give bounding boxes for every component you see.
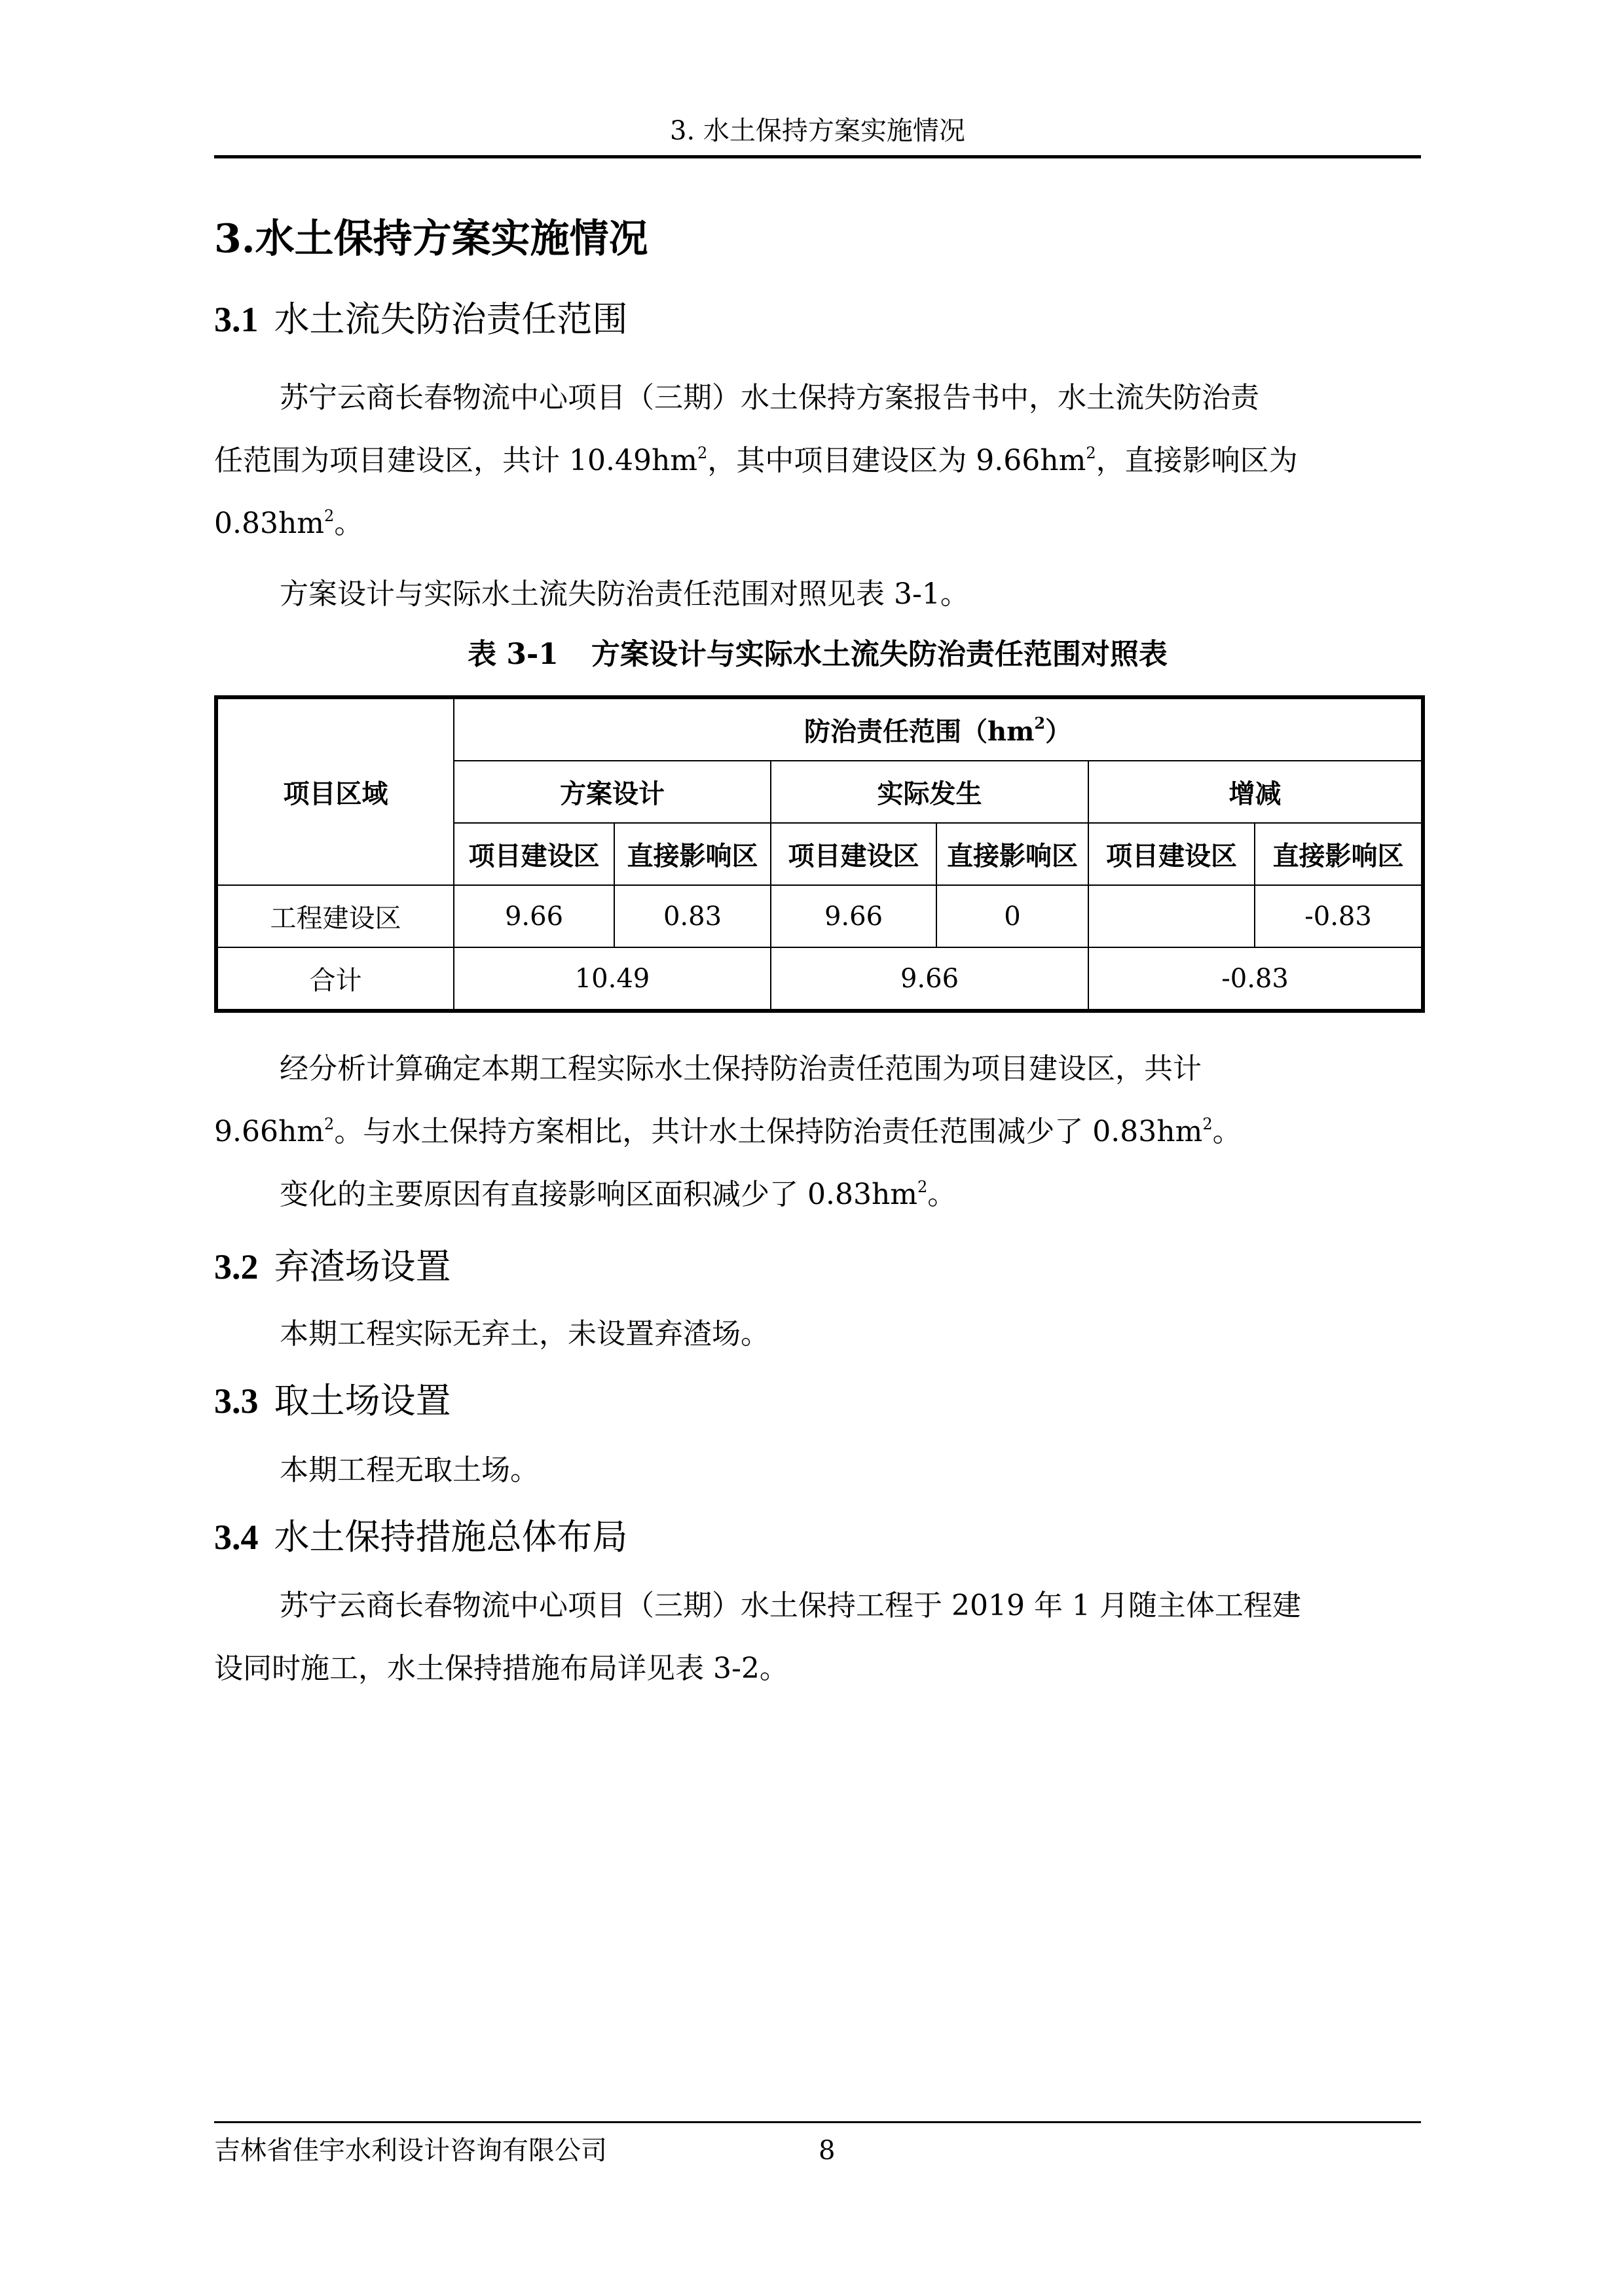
col-header: 项目建设区 [771, 823, 936, 885]
text-line: 。 [1213, 1115, 1242, 1148]
section-3-1-reference: 方案设计与实际水土流失防治责任范围对照见表 3-1。 [214, 563, 1421, 626]
col-header: 直接影响区 [614, 823, 771, 885]
cell: 9.66 [771, 885, 936, 947]
section-3-1-heading: 3.1水土流失防治责任范围 [214, 293, 628, 346]
section-title: 水土流失防治责任范围 [274, 299, 628, 340]
section-3-4-paragraph: 苏宁云商长春物流中心项目（三期）水土保持工程于 2019 年 1 月随主体工程建… [214, 1575, 1421, 1700]
row-area: 工程建设区 [216, 885, 454, 947]
section-number: 3.1 [214, 300, 259, 339]
text-line: ，其中项目建设区为 9.66hm [707, 444, 1086, 477]
section-title: 取土场设置 [274, 1380, 451, 1421]
text-line: 设同时施工，水土保持措施布局详见表 3-2。 [214, 1652, 788, 1685]
section-3-1-paragraph: 苏宁云商长春物流中心项目（三期）水土保持方案报告书中，水土流失防治责 任范围为项… [214, 367, 1421, 555]
table-caption: 表 3-1方案设计与实际水土流失防治责任范围对照表 [214, 632, 1421, 678]
superscript: 2 [697, 444, 707, 462]
section-number: 3.2 [214, 1247, 259, 1286]
text-line: 任范围为项目建设区，共计 10.49hm [214, 444, 697, 477]
text-line: 经分析计算确定本期工程实际水土保持防治责任范围为项目建设区，共计 [280, 1052, 1202, 1085]
page-number: 8 [819, 2131, 835, 2170]
cell: 0.83 [614, 885, 771, 947]
text-line: 。 [927, 1178, 956, 1211]
text-line: 本期工程实际无弃土，未设置弃渣场。 [280, 1317, 769, 1351]
total-change: -0.83 [1088, 947, 1423, 1011]
text-line: 9.66hm [214, 1115, 324, 1148]
section-title: 弃渣场设置 [274, 1246, 451, 1287]
col-header: 项目建设区 [454, 823, 614, 885]
header-area: 项目区域 [216, 697, 454, 885]
running-header: 3. 水土保持方案实施情况 [214, 111, 1421, 151]
cell: -0.83 [1255, 885, 1423, 947]
table-title: 方案设计与实际水土流失防治责任范围对照表 [591, 638, 1168, 671]
table-number: 表 3-1 [468, 638, 559, 671]
section-3-3-paragraph: 本期工程无取土场。 [214, 1439, 1421, 1502]
table-total-row: 合计 10.49 9.66 -0.83 [216, 947, 1423, 1011]
section-3-2-paragraph: 本期工程实际无弃土，未设置弃渣场。 [214, 1303, 1421, 1366]
header-actual: 实际发生 [771, 761, 1088, 823]
section-number: 3.3 [214, 1381, 259, 1421]
superscript: 2 [1202, 1115, 1212, 1133]
superscript: 2 [1086, 444, 1096, 462]
header-plan: 方案设计 [454, 761, 771, 823]
section-3-4-heading: 3.4水土保持措施总体布局 [214, 1511, 628, 1563]
cell [1088, 885, 1255, 947]
text-line: 变化的主要原因有直接影响区面积减少了 0.83hm [280, 1178, 917, 1211]
superscript: 2 [324, 507, 334, 525]
total-label: 合计 [216, 947, 454, 1011]
text-line: 。与水土保持方案相比，共计水土保持防治责任范围减少了 0.83hm [334, 1115, 1202, 1148]
chapter-title: 3.水土保持方案实施情况 [214, 210, 648, 268]
col-header: 直接影响区 [936, 823, 1088, 885]
footer-company: 吉林省佳宇水利设计咨询有限公司 [214, 2131, 607, 2170]
text-line: 0.83hm [214, 507, 324, 540]
table-row: 工程建设区 9.66 0.83 9.66 0 -0.83 [216, 885, 1423, 947]
header-group: 防治责任范围（hm2） [454, 697, 1423, 761]
section-3-2-heading: 3.2弃渣场设置 [214, 1241, 451, 1293]
text-line: 。 [334, 507, 363, 540]
analysis-paragraph: 经分析计算确定本期工程实际水土保持防治责任范围为项目建设区，共计 9.66hm2… [214, 1038, 1421, 1226]
total-actual: 9.66 [771, 947, 1088, 1011]
cell: 9.66 [454, 885, 614, 947]
text-line: 苏宁云商长春物流中心项目（三期）水土保持方案报告书中，水土流失防治责 [280, 381, 1259, 414]
text-line: 苏宁云商长春物流中心项目（三期）水土保持工程于 2019 年 1 月随主体工程建 [280, 1589, 1301, 1622]
text-line: 方案设计与实际水土流失防治责任范围对照见表 3-1。 [280, 577, 969, 611]
total-plan: 10.49 [454, 947, 771, 1011]
cell: 0 [936, 885, 1088, 947]
header-rule [214, 155, 1421, 158]
section-title: 水土保持措施总体布局 [274, 1516, 628, 1558]
superscript: 2 [324, 1115, 334, 1133]
section-3-3-heading: 3.3取土场设置 [214, 1375, 451, 1427]
header-change: 增减 [1088, 761, 1423, 823]
superscript: 2 [917, 1178, 927, 1196]
col-header: 项目建设区 [1088, 823, 1255, 885]
footer-rule [214, 2121, 1421, 2123]
section-number: 3.4 [214, 1518, 259, 1557]
col-header: 直接影响区 [1255, 823, 1423, 885]
text-line: 本期工程无取土场。 [280, 1453, 539, 1487]
text-line: ，直接影响区为 [1096, 444, 1298, 477]
responsibility-range-table: 项目区域 防治责任范围（hm2） 方案设计 实际发生 增减 项目建设区 直接影响… [214, 695, 1425, 1013]
